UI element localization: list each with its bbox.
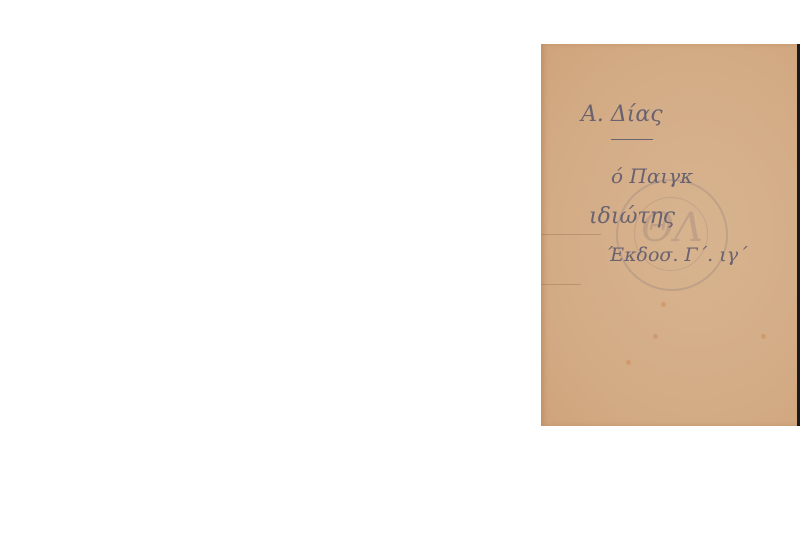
- paper-stain: [653, 334, 658, 339]
- handwritten-line-4: Έκδοσ. Γ΄. ιγ΄: [607, 244, 748, 266]
- paper-stain: [761, 334, 766, 339]
- handwritten-line-2: ό Παιγκ: [611, 164, 693, 188]
- handwritten-title: Α. Δίας: [581, 102, 663, 127]
- paper-stain: [626, 360, 631, 365]
- paper-crease: [541, 284, 581, 285]
- paper-crease: [541, 234, 601, 235]
- handwritten-line-3: ιδιώτης: [589, 204, 675, 229]
- document-page: ΘΛ Α. Δίας ό Παιγκ ιδιώτης Έκδοσ. Γ΄. ιγ…: [541, 44, 797, 426]
- archive-stamp: ΘΛ: [616, 179, 728, 291]
- handwritten-underline: [611, 139, 653, 140]
- paper-stain: [661, 302, 666, 307]
